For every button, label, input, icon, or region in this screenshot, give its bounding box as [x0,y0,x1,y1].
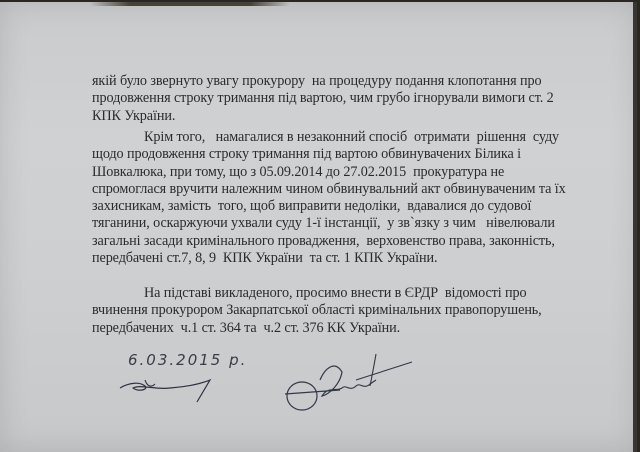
text-line: тяганини, оскаржуючи ухвали суду 1-ї інс… [92,215,592,232]
text-line: продовження строку тримання під вартою, … [92,90,592,107]
text-line: вчинення прокурором Закарпатської област… [92,302,592,319]
paragraph-3: На підставі викладеного, просимо внести … [92,285,592,337]
signature-2-icon [280,350,420,420]
text-line: спромоглася вручити належним чином обвин… [92,181,592,198]
signature-1-icon [115,368,225,408]
text-line: якій було звернуто увагу прокурору на пр… [92,73,592,90]
paragraph-1: якій було звернуто увагу прокурору на пр… [92,73,592,125]
text-line: загальні засади кримінального провадженн… [92,233,592,250]
handwritten-date: 6.03.2015 р. [128,351,247,369]
page-edge [633,2,637,452]
text-line: Крім того, намагалися в незаконний спосі… [92,129,592,146]
document-page: якій було звернуто увагу прокурору на пр… [0,2,637,452]
text-line: передбачених ч.1 ст. 364 та ч.2 ст. 376 … [92,320,592,337]
photo-shadow [90,2,290,6]
paragraph-2: Крім того, намагалися в незаконний спосі… [92,129,592,267]
text-line: Шовкалюка, при тому, що з 05.09.2014 до … [92,164,592,181]
text-line: захисникам, замість того, щоб виправити … [92,198,592,215]
text-line: На підставі викладеного, просимо внести … [92,285,592,302]
text-line: КПК України. [92,108,592,125]
text-line: щодо продовження строку тримання під вар… [92,146,592,163]
text-line: передбачені ст.7, 8, 9 КПК України та ст… [92,250,592,267]
